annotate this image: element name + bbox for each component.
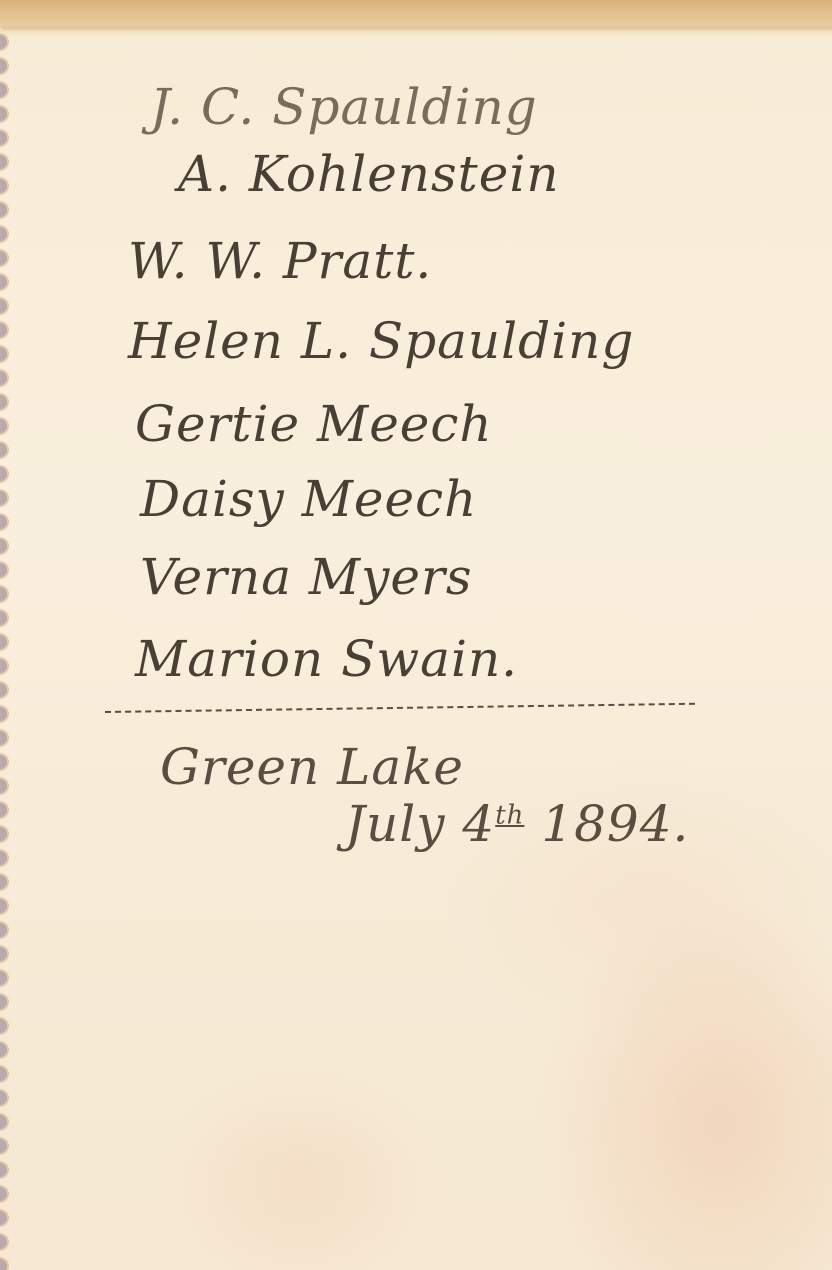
signature-line: J. C. Spaulding [150,78,538,136]
signature-line: W. W. Pratt. [128,232,432,290]
signature-line: A. Kohlenstein [178,145,560,203]
signature-line: Gertie Meech [135,395,493,453]
signature-line: Marion Swain. [135,630,518,688]
place-name: Green Lake [160,738,464,796]
signature-line: Verna Myers [140,548,473,606]
date-month-day: July 4 [345,795,495,853]
top-strip-fade [0,26,832,36]
date-line: July 4th 1894. [345,795,689,853]
signature-line: Daisy Meech [140,470,477,528]
date-year: 1894. [541,795,689,853]
signature-line: Helen L. Spaulding [128,312,634,370]
dashed-divider [105,703,695,713]
scalloped-left-edge [0,30,10,1270]
date-ordinal: th [495,800,524,830]
paper-page: J. C. Spaulding A. Kohlenstein W. W. Pra… [0,0,832,1270]
